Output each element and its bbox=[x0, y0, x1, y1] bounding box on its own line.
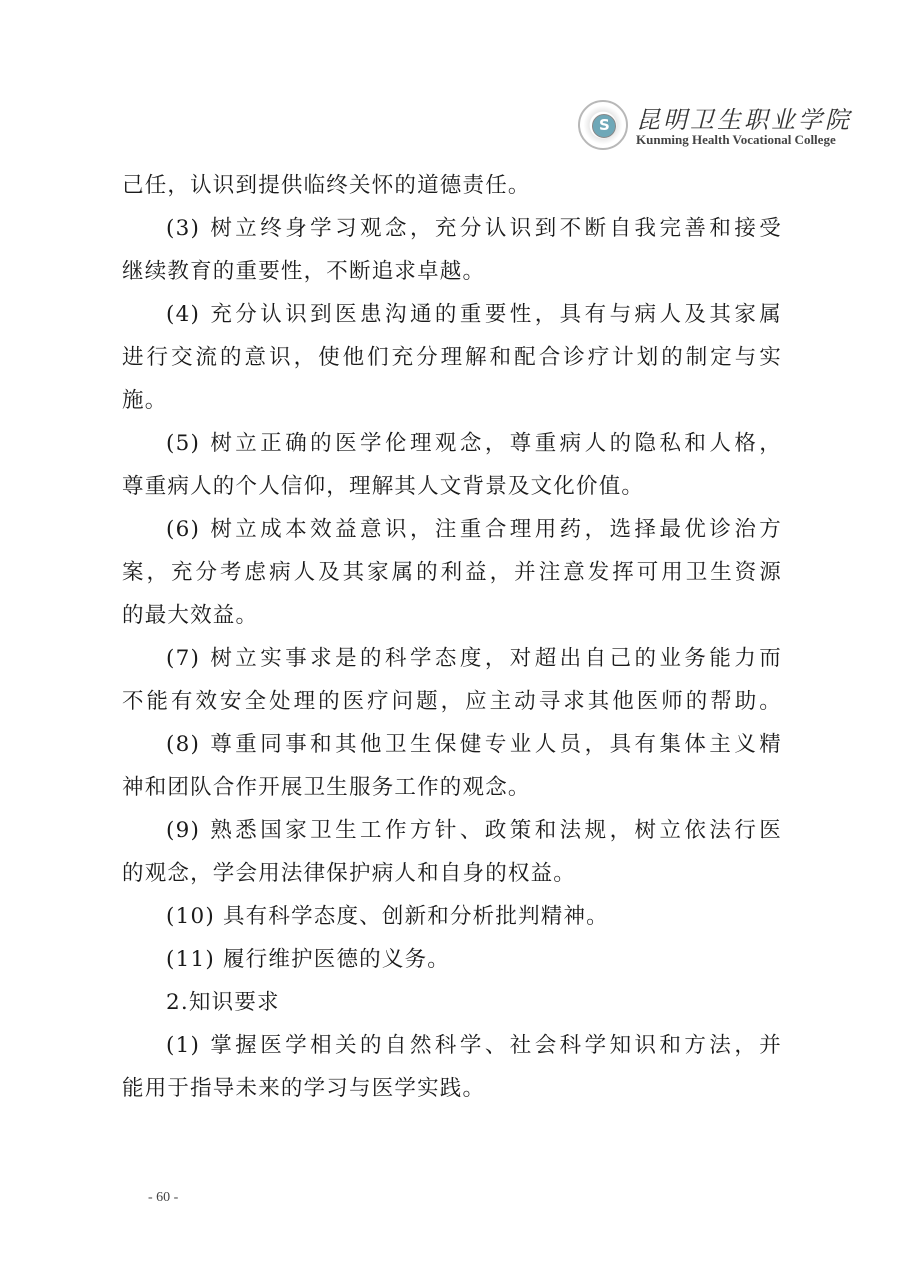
text-line: 的最大效益。 bbox=[122, 594, 782, 637]
text-line: (6) 树立成本效益意识，注重合理用药，选择最优诊治方 bbox=[122, 508, 782, 551]
text-line: 案，充分考虑病人及其家属的利益，并注意发挥可用卫生资源 bbox=[122, 551, 782, 594]
text-line: 能用于指导未来的学习与医学实践。 bbox=[122, 1067, 782, 1110]
text-line: (1) 掌握医学相关的自然科学、社会科学知识和方法，并 bbox=[122, 1024, 782, 1067]
text-line: (8) 尊重同事和其他卫生保健专业人员，具有集体主义精 bbox=[122, 723, 782, 766]
text-line: 的观念，学会用法律保护病人和自身的权益。 bbox=[122, 852, 782, 895]
text-line: (5) 树立正确的医学伦理观念，尊重病人的隐私和人格， bbox=[122, 422, 782, 465]
text-line: (3) 树立终身学习观念，充分认识到不断自我完善和接受 bbox=[122, 207, 782, 250]
text-line: (11) 履行维护医德的义务。 bbox=[122, 938, 782, 981]
document-body: 己任，认识到提供临终关怀的道德责任。 (3) 树立终身学习观念，充分认识到不断自… bbox=[122, 164, 782, 1110]
text-line: 己任，认识到提供临终关怀的道德责任。 bbox=[122, 164, 782, 207]
college-seal-logo-icon bbox=[578, 100, 628, 150]
college-name-cn: 昆明卫生职业学院 bbox=[636, 100, 852, 135]
page-number: - 60 - bbox=[148, 1190, 178, 1206]
text-line: 进行交流的意识，使他们充分理解和配合诊疗计划的制定与实 bbox=[122, 336, 782, 379]
text-line: (7) 树立实事求是的科学态度，对超出自己的业务能力而 bbox=[122, 637, 782, 680]
text-line: (9) 熟悉国家卫生工作方针、政策和法规，树立依法行医 bbox=[122, 809, 782, 852]
text-line: 施。 bbox=[122, 379, 782, 422]
college-name-en: Kunming Health Vocational College bbox=[636, 132, 836, 148]
section-heading: 2.知识要求 bbox=[122, 981, 782, 1024]
text-line: (10) 具有科学态度、创新和分析批判精神。 bbox=[122, 895, 782, 938]
text-line: (4) 充分认识到医患沟通的重要性，具有与病人及其家属 bbox=[122, 293, 782, 336]
text-line: 继续教育的重要性，不断追求卓越。 bbox=[122, 250, 782, 293]
text-line: 尊重病人的个人信仰，理解其人文背景及文化价值。 bbox=[122, 465, 782, 508]
text-line: 神和团队合作开展卫生服务工作的观念。 bbox=[122, 766, 782, 809]
page-header: 昆明卫生职业学院 Kunming Health Vocational Colle… bbox=[578, 98, 848, 154]
text-line: 不能有效安全处理的医疗问题，应主动寻求其他医师的帮助。 bbox=[122, 680, 782, 723]
